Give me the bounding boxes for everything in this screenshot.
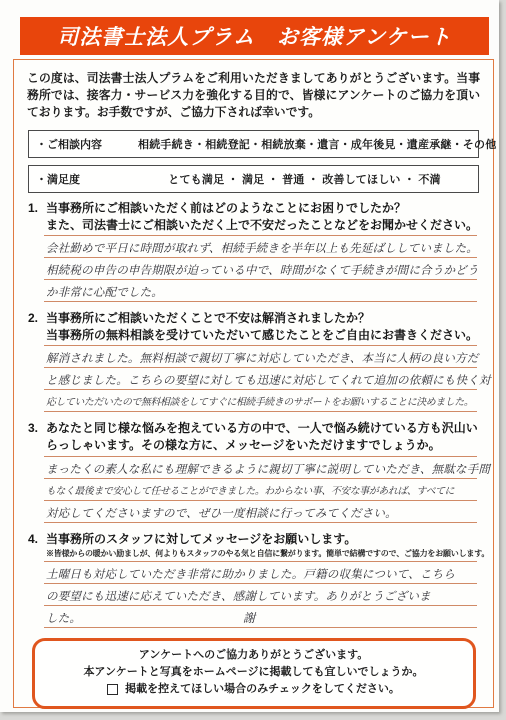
question-3-number: 3.	[28, 420, 46, 453]
satisfaction-row: ・満足度 とても満足 ・ 満足 ・ 普通 ・ 改善してほしい ・ 不満	[28, 165, 479, 193]
question-1-answer: 会社勤めで平日に時間が取れず、相続手続きを半年以上も先延ばししていました。 相続…	[44, 235, 477, 302]
handwritten-answer-line: 解消されました。無料相談で親切丁寧に対応していただき、本当に人柄の良い方だ	[44, 346, 477, 368]
handwritten-answer-line: した。 謝	[44, 606, 477, 628]
handwritten-answer-line: 会社勤めで平日に時間が取れず、相続手続きを半年以上も先延ばししていました。	[44, 236, 477, 258]
question-2-number: 2.	[28, 310, 46, 343]
question-4-answer: 土曜日も対応していただき非常に助かりました。戸籍の収集について、こちら の要望に…	[44, 561, 477, 628]
question-3-answer: まったくの素人な私にも理解できるように親切丁寧に説明していただき、無駄な手間 も…	[44, 456, 477, 523]
no-publish-check-row: 掲載を控えてほしい場合のみチェックをしてください。	[45, 681, 463, 698]
satisfaction-label: ・満足度	[36, 171, 138, 187]
survey-body: この度は、司法書士法人プラムをご利用いただきましてありがとうございます。当事務所…	[13, 59, 494, 708]
handwritten-answer-line: もなく最後まで安心して任せることができました。わからない事、不安な事があれば、す…	[44, 479, 477, 501]
question-4-prompt: 当事務所のスタッフに対してメッセージをお願いします。	[46, 531, 479, 548]
question-2-answer: 解消されました。無料相談で親切丁寧に対応していただき、本当に人柄の良い方だ と感…	[44, 345, 477, 412]
question-4: 4. 当事務所のスタッフに対してメッセージをお願いします。 ※皆様からの暖かい励…	[28, 531, 479, 629]
question-4-note: ※皆様からの暖かい励ましが、何よりもスタッフのやる気と自信に繋がります。簡単で結…	[46, 548, 479, 559]
handwritten-answer-line: と感じました。こちらの要望に対しても迅速に対応してくれて追加の依頼にも快く対	[44, 368, 477, 390]
question-2-prompt: 当事務所にご相談いただくことで不安は解消されましたか？ 当事務所の無料相談を受け…	[46, 310, 479, 343]
satisfaction-options: とても満足 ・ 満足 ・ 普通 ・ 改善してほしい ・ 不満	[138, 171, 471, 187]
thanks-line-1: アンケートへのご協力ありがとうございます。	[45, 647, 463, 664]
question-3: 3. あなたと同じ様な悩みを抱えている方の中で、一人で悩み続けている方も沢山い …	[28, 420, 479, 522]
question-2: 2. 当事務所にご相談いただくことで不安は解消されましたか？ 当事務所の無料相談…	[28, 310, 479, 412]
consultation-type-label: ・ご相談内容	[36, 136, 138, 152]
handwritten-answer-line: 土曜日も対応していただき非常に助かりました。戸籍の収集について、こちら	[44, 562, 477, 584]
question-1-prompt: 当事務所にご相談いただく前はどのようなことにお困りでしたか？ また、司法書士にご…	[46, 200, 479, 233]
survey-sheet: 司法書士法人プラム お客様アンケート この度は、司法書士法人プラムをご利用いただ…	[0, 0, 499, 712]
consultation-type-row: ・ご相談内容 相続手続き・相続登記・相続放棄・遺言・成年後見・遺産承継・その他	[28, 130, 479, 158]
question-4-number: 4.	[28, 531, 46, 548]
question-1: 1. 当事務所にご相談いただく前はどのようなことにお困りでしたか？ また、司法書…	[28, 200, 479, 302]
handwritten-answer-line: 相続税の申告の申告期限が迫っている中で、時間がなくて手続きが間に合うかどう	[44, 258, 477, 280]
handwritten-correction-char: 謝	[243, 609, 255, 626]
handwritten-answer-line: 対応してくださいますので、ぜひ一度相談に行ってみてください。	[44, 501, 477, 523]
handwritten-answer-line: か非常に心配でした。	[44, 280, 477, 302]
thanks-line-2: 本アンケートと写真をホームページに掲載しても宜しいでしょうか。	[45, 664, 463, 681]
page-title: 司法書士法人プラム お客様アンケート	[20, 17, 489, 55]
handwritten-answer-line: の要望にも迅速に応えていただき、感謝しています。ありがとうございま	[44, 584, 477, 606]
consultation-type-options: 相続手続き・相続登記・相続放棄・遺言・成年後見・遺産承継・その他	[138, 136, 496, 152]
intro-text: この度は、司法書士法人プラムをご利用いただきましてありがとうございます。当事務所…	[27, 70, 480, 121]
no-publish-checkbox[interactable]	[107, 684, 118, 695]
thanks-box: アンケートへのご協力ありがとうございます。 本アンケートと写真をホームページに掲…	[32, 638, 476, 709]
question-1-number: 1.	[28, 200, 46, 233]
no-publish-checkbox-label: 掲載を控えてほしい場合のみチェックをしてください。	[125, 681, 400, 698]
handwritten-answer-line: まったくの素人な私にも理解できるように親切丁寧に説明していただき、無駄な手間	[44, 457, 477, 479]
handwritten-answer-line: 応していただいたので無料相談をしてすぐに相続手続きのサポートをお願いすることに決…	[44, 390, 477, 412]
question-3-prompt: あなたと同じ様な悩みを抱えている方の中で、一人で悩み続けている方も沢山い らっし…	[46, 420, 479, 453]
